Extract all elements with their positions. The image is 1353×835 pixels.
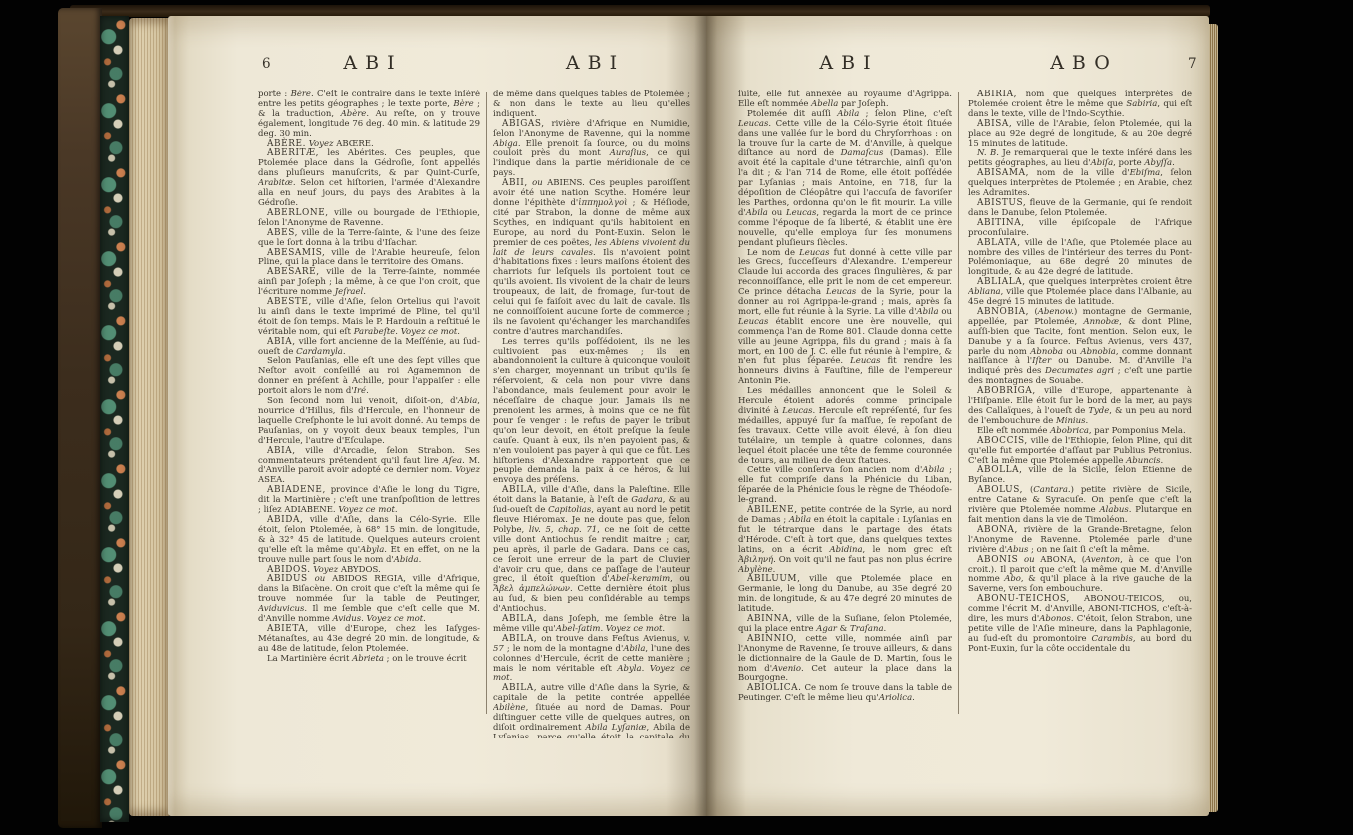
entry-paragraph: ABONIS ou ABONA, (Aventon, à ce que l'on… (968, 556, 1192, 596)
page-stack-fore-edge-right (1209, 24, 1218, 812)
entry-headword: ABILA, (502, 485, 537, 495)
entry-paragraph: ABILA, autre ville d'Aſie dans la Syrie,… (493, 684, 690, 738)
entry-headword: ABIADENE, (267, 485, 326, 495)
entry-paragraph: Ptolemée dit auſſi Abila ; ſelon Pline, … (738, 110, 952, 249)
entry-headword: ABOLLA, (977, 465, 1023, 475)
entry-paragraph: porte : Bère. C'eſt le contraire dans le… (258, 90, 480, 140)
entry-paragraph: ſuite, elle fut annexée au royaume d'Agr… (738, 90, 952, 110)
entry-paragraph: ABESAMIS, ville de l'Arabie heureuſe, ſe… (258, 249, 480, 269)
entry-paragraph: ABISA, ville de l'Arabie, ſelon Ptolemée… (968, 120, 1192, 150)
entry-paragraph: de même dans quelques tables de Ptolemée… (493, 90, 690, 120)
entry-paragraph: ABIA, ville d'Arcadie, ſelon Strabon. Se… (258, 447, 480, 487)
entry-paragraph: Les médailles annoncent que le Soleil & … (738, 387, 952, 466)
entry-paragraph: ABILUUM, ville que Ptolemée place en Ger… (738, 575, 952, 615)
entry-headword: ABIDOS. (267, 565, 311, 575)
entry-headword: ABESTE, (267, 297, 312, 307)
entry-paragraph: ABONA, rivière de la Grande-Bretagne, ſe… (968, 526, 1192, 556)
entry-paragraph: ABESTE, ville d'Aſie, ſelon Ortelius qui… (258, 298, 480, 338)
entry-paragraph: Son ſecond nom lui venoit, diſoit-on, d'… (258, 397, 480, 447)
entry-paragraph: ABOLUS, (Cantara.) petite rivière de Sic… (968, 486, 1192, 526)
text-column-3: ſuite, elle fut annexée au royaume d'Agr… (738, 90, 952, 704)
entry-headword: ABIETA, (267, 624, 309, 634)
entry-headword: ABESAMIS, (267, 248, 325, 258)
entry-headword: ABIA, (267, 446, 296, 456)
entry-paragraph: ABIA, ville fort ancienne de la Meſſénie… (258, 338, 480, 358)
entry-headword: ABERLONE, (267, 208, 329, 218)
entry-paragraph: ABILA, ville d'Aſie, dans la Paleſtine. … (493, 486, 690, 615)
book-photo: 6 ABI ABI porte : Bère. C'eſt le contrai… (0, 0, 1353, 835)
open-spread: 6 ABI ABI porte : Bère. C'eſt le contrai… (168, 16, 1209, 816)
entry-paragraph: ABINNIO, cette ville, nommée ainſi par l… (738, 635, 952, 685)
entry-headword: ABISA, (977, 119, 1012, 129)
entry-paragraph: ABNOBIA, (Abenow.) montagne de Germanie,… (968, 308, 1192, 387)
entry-paragraph: ABISAMA, nom de la ville d'Ebiſma, ſelon… (968, 169, 1192, 199)
entry-paragraph: ABIDA, ville d'Aſie, dans la Célo-Syrie.… (258, 516, 480, 566)
entry-headword: ABONIS (977, 555, 1018, 565)
entry-paragraph: ABILA, on trouve dans Feſtus Avienus, v.… (493, 635, 690, 685)
entry-headword: ABIA, (267, 337, 296, 347)
entry-headword: ABINNA, (747, 614, 792, 624)
book-cover-left-board (58, 8, 102, 828)
entry-headword: ABILA, (502, 634, 537, 644)
column-divider-right-page (958, 92, 959, 714)
entry-headword: ABILENE, (747, 505, 798, 515)
running-head-col4: ABO (968, 52, 1192, 74)
entry-headword: ABOCCIS, (977, 436, 1028, 446)
entry-paragraph: ABINNA, ville de la Suſiane, ſelon Ptole… (738, 615, 952, 635)
text-column-2: de même dans quelques tables de Ptolemée… (493, 90, 690, 738)
entry-paragraph: ABIGAS, rivière d'Afrique en Numidie, ſe… (493, 120, 690, 179)
entry-headword: ABLATA, (977, 238, 1021, 248)
marbled-endpaper-edge (100, 16, 129, 822)
entry-paragraph: Les terres qu'ils poſſédoient, ils ne le… (493, 338, 690, 487)
entry-headword: ABIDUS (267, 574, 308, 584)
entry-headword: ABISTUS, (977, 198, 1026, 208)
page-right: ABI ABO 7 ſuite, elle fut annexée au roy… (706, 16, 1209, 816)
entry-paragraph: Le nom de Leucas fut donné à cette ville… (738, 249, 952, 388)
entry-paragraph: ABOBRIGA, ville d'Europe, appartenante à… (968, 387, 1192, 427)
entry-paragraph: ABERITÆ, les Abérites. Ces peuples, que … (258, 149, 480, 208)
entry-headword: ABES, (267, 228, 298, 238)
page-number-right: 7 (1188, 56, 1198, 72)
entry-headword: ABOLUS, (977, 485, 1023, 495)
running-head-col1: ABI (258, 52, 480, 74)
entry-headword: ABII, (502, 178, 528, 188)
entry-headword: ABIRIA, (977, 90, 1017, 99)
entry-headword: ABITINA, (977, 218, 1025, 228)
entry-headword: ABLIALA, (977, 277, 1026, 287)
entry-paragraph: Selon Pauſanias, elle eſt une des ſept v… (258, 357, 480, 397)
entry-paragraph: ABILENE, petite contrée de la Syrie, au … (738, 506, 952, 575)
entry-headword: ABONA, (977, 525, 1018, 535)
entry-paragraph: ABONU-TEICHOS, ABONOU-TEICOS, ou, comme … (968, 595, 1192, 654)
entry-paragraph: Cette ville conſerva ſon ancien nom d'Ab… (738, 466, 952, 506)
text-column-1: porte : Bère. C'eſt le contraire dans le… (258, 90, 480, 665)
entry-paragraph: ABITINA, ville épiſcopale de l'Afrique p… (968, 219, 1192, 239)
entry-headword: ABINNIO, (747, 634, 797, 644)
column-divider-left-page (486, 92, 487, 714)
entry-headword: ABILA, (502, 683, 537, 693)
entry-paragraph: ABIRIA, nom que quelques interprètes de … (968, 90, 1192, 120)
entry-headword: ABIDA, (267, 515, 303, 525)
entry-paragraph: ABES, ville de la Terre-ſainte, & l'une … (258, 229, 480, 249)
entry-headword: ABILUUM, (747, 574, 801, 584)
entry-paragraph: ABIOLICA. Ce nom ſe trouve dans la table… (738, 684, 952, 704)
entry-paragraph: ABERLONE, ville ou bourgade de l'Ethiopi… (258, 209, 480, 229)
entry-paragraph: ABOLLA, ville de la Sicile, ſelon Etienn… (968, 466, 1192, 486)
running-head-col2: ABI (493, 52, 690, 74)
running-head-col3: ABI (738, 52, 952, 74)
entry-headword: ABERITÆ, (267, 148, 319, 158)
entry-paragraph: La Martinière écrit Abrieta ; on le trou… (258, 655, 480, 665)
entry-paragraph: N. B. Je remarquerai que le texte inſéré… (968, 149, 1192, 169)
entry-headword: ABISAMA, (977, 168, 1029, 178)
page-stack-fore-edge-left (129, 18, 169, 816)
entry-headword: ABOBRIGA, (977, 386, 1036, 396)
entry-headword: ABESARE, (267, 267, 320, 277)
entry-paragraph: ABLATA, ville de l'Aſie, que Ptolemée pl… (968, 239, 1192, 279)
entry-paragraph: ABOCCIS, ville de l'Ethiopie, ſelon Plin… (968, 437, 1192, 467)
entry-paragraph: ABESARE, ville de la Terre-ſainte, nommé… (258, 268, 480, 298)
entry-headword: ABNOBIA, (977, 307, 1029, 317)
entry-headword: ABONU-TEICHOS, (977, 594, 1070, 604)
entry-paragraph: ABISTUS, fleuve de la Germanie, qui ſe r… (968, 199, 1192, 219)
entry-paragraph: ABILA, dans Joſeph, me ſemble être la mê… (493, 615, 690, 635)
entry-paragraph: ABIDUS ou ABIDOS REGIA, ville d'Afrique,… (258, 575, 480, 625)
entry-headword: ABIOLICA. (747, 683, 802, 693)
text-column-4: ABIRIA, nom que quelques interprètes de … (968, 90, 1192, 655)
entry-paragraph: ABIETA, ville d'Europe, chez les Iaſyges… (258, 625, 480, 655)
entry-headword: ABIGAS, (502, 119, 545, 129)
page-left: 6 ABI ABI porte : Bère. C'eſt le contrai… (168, 16, 706, 816)
entry-paragraph: ABIADENE, province d'Aſie le long du Tig… (258, 486, 480, 516)
entry-headword: ABILA, (502, 614, 537, 624)
entry-paragraph: ABII, ou ABIENS. Ces peuples paroiſſent … (493, 179, 690, 338)
entry-paragraph: ABLIALA, que quelques interprètes croien… (968, 278, 1192, 308)
